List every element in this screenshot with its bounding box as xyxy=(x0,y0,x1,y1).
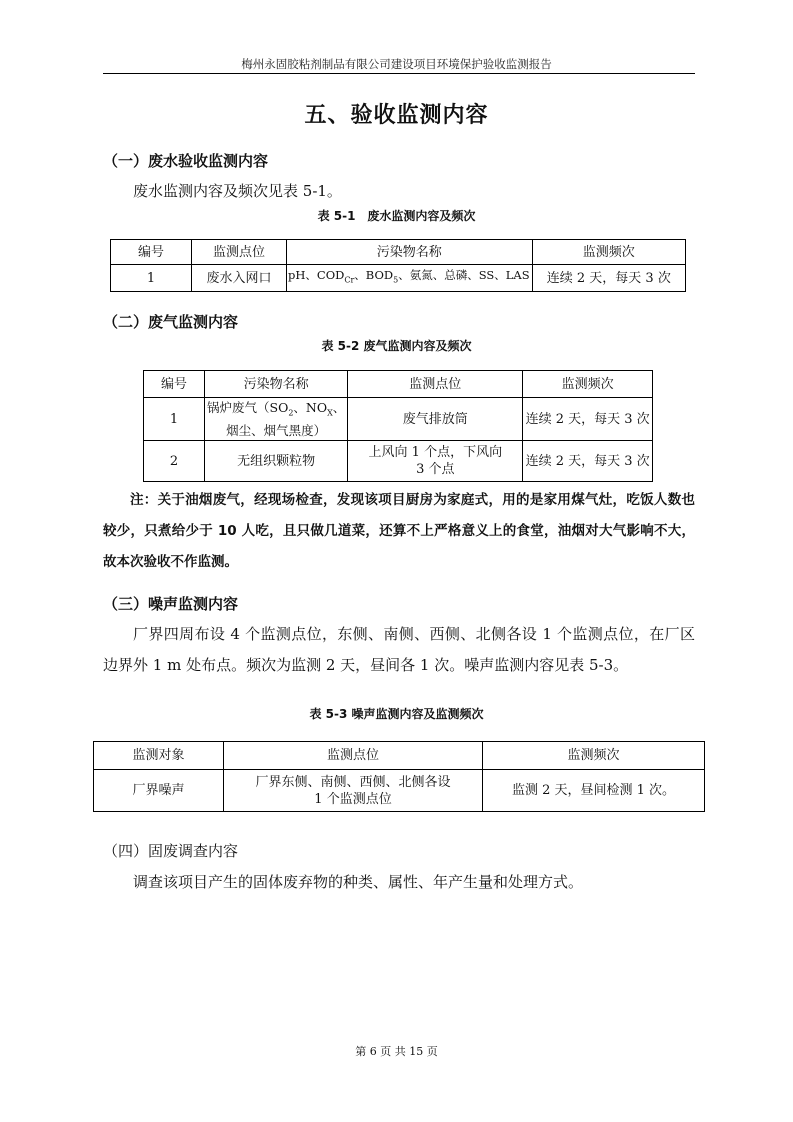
table-header-cell: 监测频次 xyxy=(532,240,685,265)
table-header-cell: 污染物名称 xyxy=(287,240,533,265)
table-5-2-caption: 表 5-2 废气监测内容及频次 xyxy=(0,337,793,354)
table-cell-object: 厂界噪声 xyxy=(94,770,224,812)
header-divider xyxy=(103,73,695,74)
table-cell-pollutants: 无组织颗粒物 xyxy=(205,441,348,482)
table-cell-location: 废水入网口 xyxy=(192,265,287,292)
wastewater-intro: 废水监测内容及频次见表 5-1。 xyxy=(133,176,342,207)
table-header-cell: 编号 xyxy=(111,240,192,265)
table-header-cell: 监测点位 xyxy=(348,371,523,398)
pollutant-text: 锅炉废气（SO xyxy=(207,400,288,415)
pollutant-text: pH、COD xyxy=(288,268,344,282)
table-row: 厂界噪声 厂界东侧、南侧、西侧、北侧各设 1 个监测点位 监测 2 天，昼间检测… xyxy=(94,770,705,812)
location-line: 厂界东侧、南侧、西侧、北侧各设 xyxy=(226,774,480,791)
table-header-row: 监测对象 监测点位 监测频次 xyxy=(94,742,705,770)
pollutant-line: 烟尘、烟气黑度） xyxy=(207,422,345,439)
table-cell-frequency: 连续 2 天，每天 3 次 xyxy=(523,441,653,482)
pollutant-text: 、 xyxy=(333,400,346,415)
table-cell-id: 2 xyxy=(144,441,205,482)
location-line: 上风向 1 个点，下风向 xyxy=(350,444,520,461)
pollutant-text: 、BOD xyxy=(354,268,393,282)
location-line: 3 个点 xyxy=(350,461,520,478)
table-cell-frequency: 连续 2 天，每天 3 次 xyxy=(532,265,685,292)
table-header-cell: 监测对象 xyxy=(94,742,224,770)
section-heading-noise: （三）噪声监测内容 xyxy=(103,593,238,614)
section-heading-wastewater: （一）废水验收监测内容 xyxy=(103,150,268,171)
running-header: 梅州永固胶粘剂制品有限公司建设项目环境保护验收监测报告 xyxy=(0,56,793,72)
table-cell-frequency: 监测 2 天，昼间检测 1 次。 xyxy=(483,770,705,812)
table-cell-location: 废气排放筒 xyxy=(348,398,523,441)
exhaust-note: 注：关于油烟废气，经现场检查，发现该项目厨房为家庭式，用的是家用煤气灶，吃饭人数… xyxy=(103,485,695,578)
table-5-3-caption: 表 5-3 噪声监测内容及监测频次 xyxy=(0,705,793,722)
table-cell-pollutants: 锅炉废气（SO2、NOX、 烟尘、烟气黑度） xyxy=(205,398,348,441)
page-number: 第 6 页 共 15 页 xyxy=(0,1043,793,1059)
table-cell-id: 1 xyxy=(111,265,192,292)
noise-table: 监测对象 监测点位 监测频次 厂界噪声 厂界东侧、南侧、西侧、北侧各设 1 个监… xyxy=(93,741,705,812)
table-cell-location: 厂界东侧、南侧、西侧、北侧各设 1 个监测点位 xyxy=(224,770,483,812)
table-header-cell: 监测频次 xyxy=(523,371,653,398)
table-cell-id: 1 xyxy=(144,398,205,441)
table-cell-location: 上风向 1 个点，下风向 3 个点 xyxy=(348,441,523,482)
table-5-1-caption: 表 5-1 废水监测内容及频次 xyxy=(0,207,793,224)
table-header-cell: 监测点位 xyxy=(224,742,483,770)
exhaust-table: 编号 污染物名称 监测点位 监测频次 1 锅炉废气（SO2、NOX、 烟尘、烟气… xyxy=(143,370,653,482)
location-line: 1 个监测点位 xyxy=(226,791,480,808)
section-heading-exhaust: （二）废气监测内容 xyxy=(103,311,238,332)
table-header-cell: 编号 xyxy=(144,371,205,398)
table-cell-pollutants: pH、CODCr、BOD5、氨氮、总磷、SS、LAS xyxy=(287,265,533,292)
pollutant-line: 锅炉废气（SO2、NOX、 xyxy=(207,399,345,422)
table-row: 1 废水入网口 pH、CODCr、BOD5、氨氮、总磷、SS、LAS 连续 2 … xyxy=(111,265,686,292)
table-header-row: 编号 监测点位 污染物名称 监测频次 xyxy=(111,240,686,265)
noise-body: 厂界四周布设 4 个监测点位，东侧、南侧、西侧、北侧各设 1 个监测点位，在厂区… xyxy=(103,619,695,681)
table-row: 1 锅炉废气（SO2、NOX、 烟尘、烟气黑度） 废气排放筒 连续 2 天，每天… xyxy=(144,398,653,441)
wastewater-table: 编号 监测点位 污染物名称 监测频次 1 废水入网口 pH、CODCr、BOD5… xyxy=(110,239,686,292)
section-heading-solid-waste: （四）固废调查内容 xyxy=(103,840,238,861)
pollutant-subscript: Cr xyxy=(344,276,354,285)
pollutant-text: 、NO xyxy=(293,400,327,415)
table-cell-frequency: 连续 2 天，每天 3 次 xyxy=(523,398,653,441)
table-row: 2 无组织颗粒物 上风向 1 个点，下风向 3 个点 连续 2 天，每天 3 次 xyxy=(144,441,653,482)
table-header-row: 编号 污染物名称 监测点位 监测频次 xyxy=(144,371,653,398)
page-title: 五、验收监测内容 xyxy=(0,98,793,129)
table-header-cell: 监测点位 xyxy=(192,240,287,265)
solid-waste-body: 调查该项目产生的固体废弃物的种类、属性、年产生量和处理方式。 xyxy=(133,867,583,898)
pollutant-text: 、氨氮、总磷、SS、LAS xyxy=(398,268,529,282)
table-header-cell: 污染物名称 xyxy=(205,371,348,398)
table-header-cell: 监测频次 xyxy=(483,742,705,770)
